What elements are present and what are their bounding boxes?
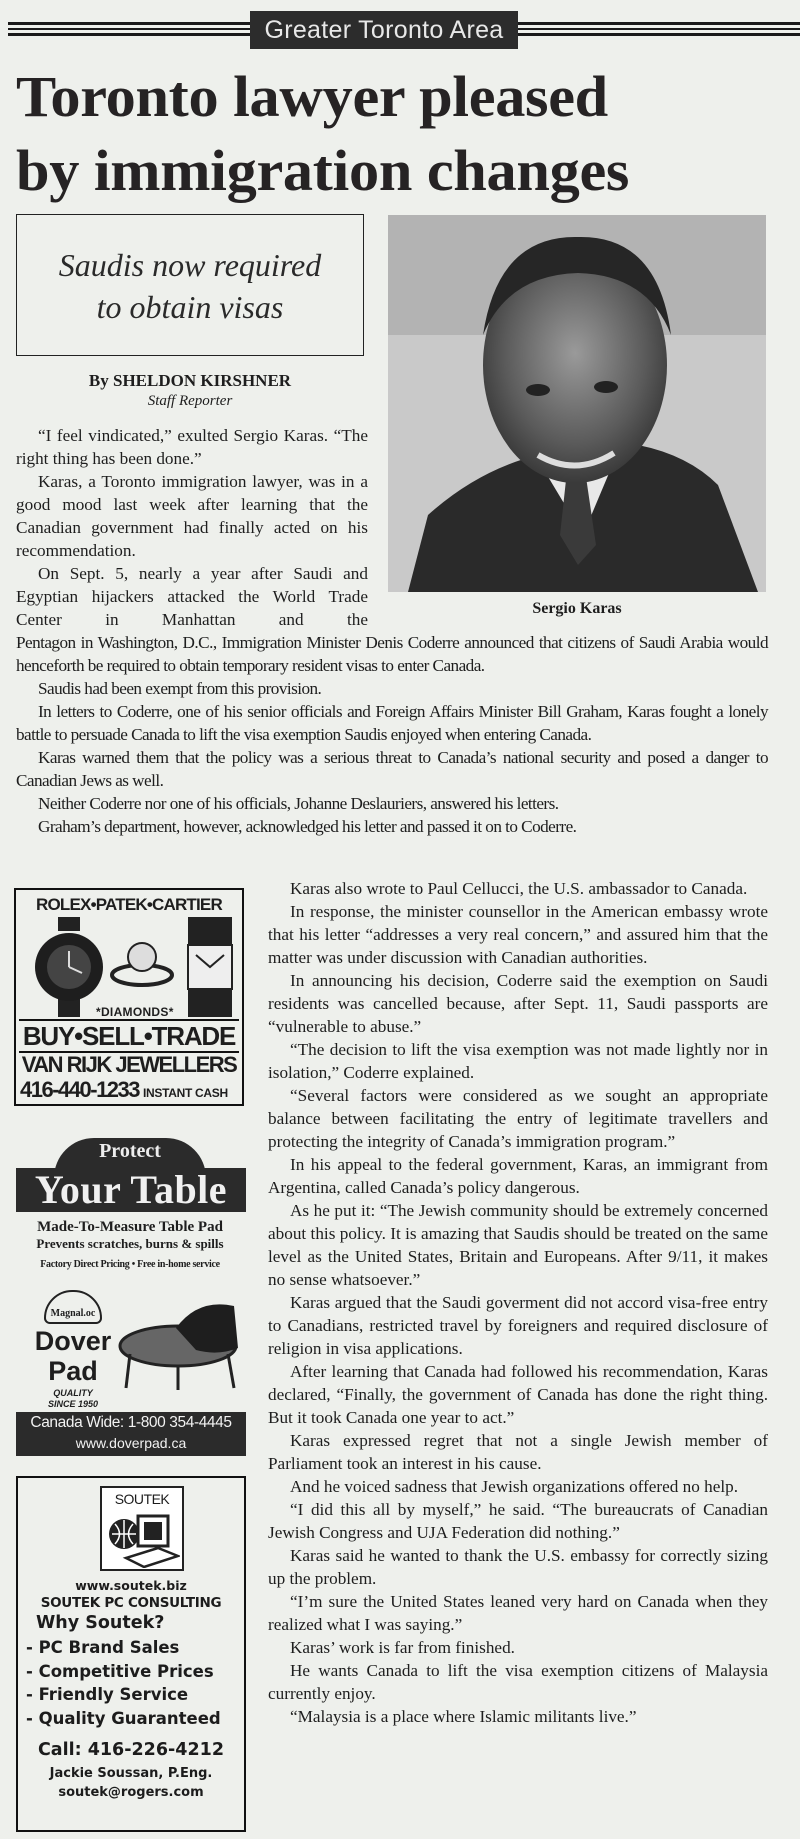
photo-caption: Sergio Karas bbox=[388, 598, 766, 620]
headline-line-2: by immigration changes bbox=[16, 138, 629, 203]
paragraph: In letters to Coderre, one of his senior… bbox=[16, 700, 768, 746]
ad-note: INSTANT CASH bbox=[143, 1086, 228, 1100]
ad-point: - Friendly Service bbox=[26, 1683, 221, 1707]
paragraph: “I did this all by myself,” he said. “Th… bbox=[268, 1498, 768, 1544]
subheadline-box: Saudis now required to obtain visas bbox=[16, 214, 364, 356]
section-rule-right bbox=[518, 22, 800, 38]
paragraph: Karas also wrote to Paul Cellucci, the U… bbox=[268, 877, 768, 900]
author-name: By SHELDON KIRSHNER bbox=[16, 371, 364, 391]
ad-contact: Jackie Soussan, P.Eng. soutek@rogers.com bbox=[18, 1764, 244, 1802]
author-role: Staff Reporter bbox=[16, 391, 364, 411]
paragraph: Karas, a Toronto immigration lawyer, was… bbox=[16, 470, 368, 562]
paragraph: Karas expressed regret that not a single… bbox=[268, 1429, 768, 1475]
ad-email[interactable]: soutek@rogers.com bbox=[58, 1785, 203, 1800]
ad-brand-name: Dover Pad bbox=[18, 1326, 128, 1386]
ad-point: - Competitive Prices bbox=[26, 1660, 221, 1684]
soutek-logo: SOUTEK bbox=[100, 1486, 184, 1571]
paragraph: In response, the minister counsellor in … bbox=[268, 900, 768, 969]
paragraph: Pentagon in Washington, D.C., Immigratio… bbox=[16, 631, 768, 677]
ad-factory-direct: Factory Direct Pricing • Free in-home se… bbox=[0, 1258, 260, 1272]
computer-globe-icon bbox=[108, 1510, 180, 1568]
logo-text: SOUTEK bbox=[102, 1491, 182, 1507]
paragraph: “Malaysia is a place where Islamic milit… bbox=[268, 1705, 768, 1728]
article-column-right: Karas also wrote to Paul Cellucci, the U… bbox=[268, 877, 768, 1728]
magnaloc-logo: Magnal.oc bbox=[44, 1290, 102, 1324]
paragraph: “I feel vindicated,” exulted Sergio Kara… bbox=[16, 424, 368, 470]
ad-contact-bar: Canada Wide: 1-800 354-4445 www.doverpad… bbox=[16, 1412, 246, 1456]
paragraph: In announcing his decision, Coderre said… bbox=[268, 969, 768, 1038]
ad-phone-line: 416-440-1233INSTANT CASH bbox=[16, 1077, 242, 1106]
quality-line-2: SINCE 1950 bbox=[48, 1399, 98, 1409]
ad-phone[interactable]: 416-440-1233 bbox=[20, 1077, 139, 1102]
table-pad-icon bbox=[118, 1298, 244, 1393]
paragraph: “Several factors were considered as we s… bbox=[268, 1084, 768, 1153]
ad-your-table: Your Table bbox=[16, 1168, 246, 1212]
subheadline-line-2: to obtain visas bbox=[97, 289, 284, 325]
ad-points: - PC Brand Sales - Competitive Prices - … bbox=[26, 1636, 221, 1730]
portrait-photo bbox=[388, 215, 766, 592]
ad-quality: QUALITY SINCE 1950 bbox=[18, 1388, 128, 1410]
paragraph: Karas warned them that the policy was a … bbox=[16, 746, 768, 792]
paragraph: Neither Coderre nor one of his officials… bbox=[16, 792, 768, 815]
ad-point: - PC Brand Sales bbox=[26, 1636, 221, 1660]
section-rule-left bbox=[8, 22, 250, 38]
paragraph: On Sept. 5, nearly a year after Saudi an… bbox=[16, 562, 368, 631]
subheadline-line-1: Saudis now required bbox=[59, 247, 322, 283]
article-column-top: “I feel vindicated,” exulted Sergio Kara… bbox=[16, 424, 368, 631]
paragraph: He wants Canada to lift the visa exempti… bbox=[268, 1659, 768, 1705]
ad-tagline: BUY•SELL•TRADE bbox=[16, 1021, 242, 1051]
paragraph: Saudis had been exempt from this provisi… bbox=[16, 677, 768, 700]
paragraph: Karas said he wanted to thank the U.S. e… bbox=[268, 1544, 768, 1590]
ad-phone[interactable]: Canada Wide: 1-800 354-4445 bbox=[16, 1412, 246, 1434]
ad-company: SOUTEK PC CONSULTING bbox=[18, 1595, 244, 1611]
jewellery-art: *DIAMONDS* bbox=[16, 917, 242, 1019]
ad-phone[interactable]: Call: 416-226-4212 bbox=[18, 1740, 244, 1760]
brand-line-1: Dover bbox=[35, 1326, 112, 1356]
ad-dover-pad[interactable]: Protect Your Table Made-To-Measure Table… bbox=[0, 1138, 260, 1448]
paragraph: Karas argued that the Saudi goverment di… bbox=[268, 1291, 768, 1360]
paragraph: In his appeal to the federal government,… bbox=[268, 1153, 768, 1199]
ad-diamonds: *DIAMONDS* bbox=[96, 1005, 174, 1019]
article-full-width: Pentagon in Washington, D.C., Immigratio… bbox=[16, 631, 768, 838]
ad-van-rijk-jewellers[interactable]: ROLEX•PATEK•CARTIER *DIAMONDS* BUY•SELL•… bbox=[14, 888, 244, 1106]
ad-point: - Quality Guaranteed bbox=[26, 1707, 221, 1731]
paragraph: “The decision to lift the visa exemption… bbox=[268, 1038, 768, 1084]
paragraph: “I’m sure the United States leaned very … bbox=[268, 1590, 768, 1636]
section-label: Greater Toronto Area bbox=[250, 11, 518, 49]
ad-made-to-measure: Made-To-Measure Table Pad bbox=[0, 1218, 260, 1236]
ad-why: Why Soutek? bbox=[36, 1612, 164, 1634]
ad-website[interactable]: www.doverpad.ca bbox=[16, 1434, 246, 1452]
ad-brands: ROLEX•PATEK•CARTIER bbox=[16, 893, 242, 917]
ad-soutek[interactable]: SOUTEK www.soutek.biz SOUTEK PC CONSULTI… bbox=[16, 1476, 246, 1832]
ad-business-name: VAN RIJK JEWELLERS bbox=[16, 1053, 242, 1077]
watch-ring-icon bbox=[16, 917, 242, 1019]
paragraph: After learning that Canada had followed … bbox=[268, 1360, 768, 1429]
paragraph: Graham’s department, however, acknowledg… bbox=[16, 815, 768, 838]
headline-line-1: Toronto lawyer pleased bbox=[16, 64, 608, 129]
paragraph: Karas’ work is far from finished. bbox=[268, 1636, 768, 1659]
ad-website[interactable]: www.soutek.biz bbox=[18, 1578, 244, 1593]
headline: Toronto lawyer pleased by immigration ch… bbox=[16, 60, 800, 208]
paragraph: As he put it: “The Jewish community shou… bbox=[268, 1199, 768, 1291]
paragraph: And he voiced sadness that Jewish organi… bbox=[268, 1475, 768, 1498]
ad-prevents: Prevents scratches, burns & spills bbox=[0, 1236, 260, 1252]
byline: By SHELDON KIRSHNER Staff Reporter bbox=[16, 371, 364, 411]
quality-line-1: QUALITY bbox=[53, 1388, 93, 1398]
ad-protect: Protect bbox=[0, 1140, 260, 1163]
portrait-illustration bbox=[388, 215, 766, 592]
brand-line-2: Pad bbox=[48, 1356, 98, 1386]
ad-contact-name: Jackie Soussan, P.Eng. bbox=[50, 1766, 213, 1781]
